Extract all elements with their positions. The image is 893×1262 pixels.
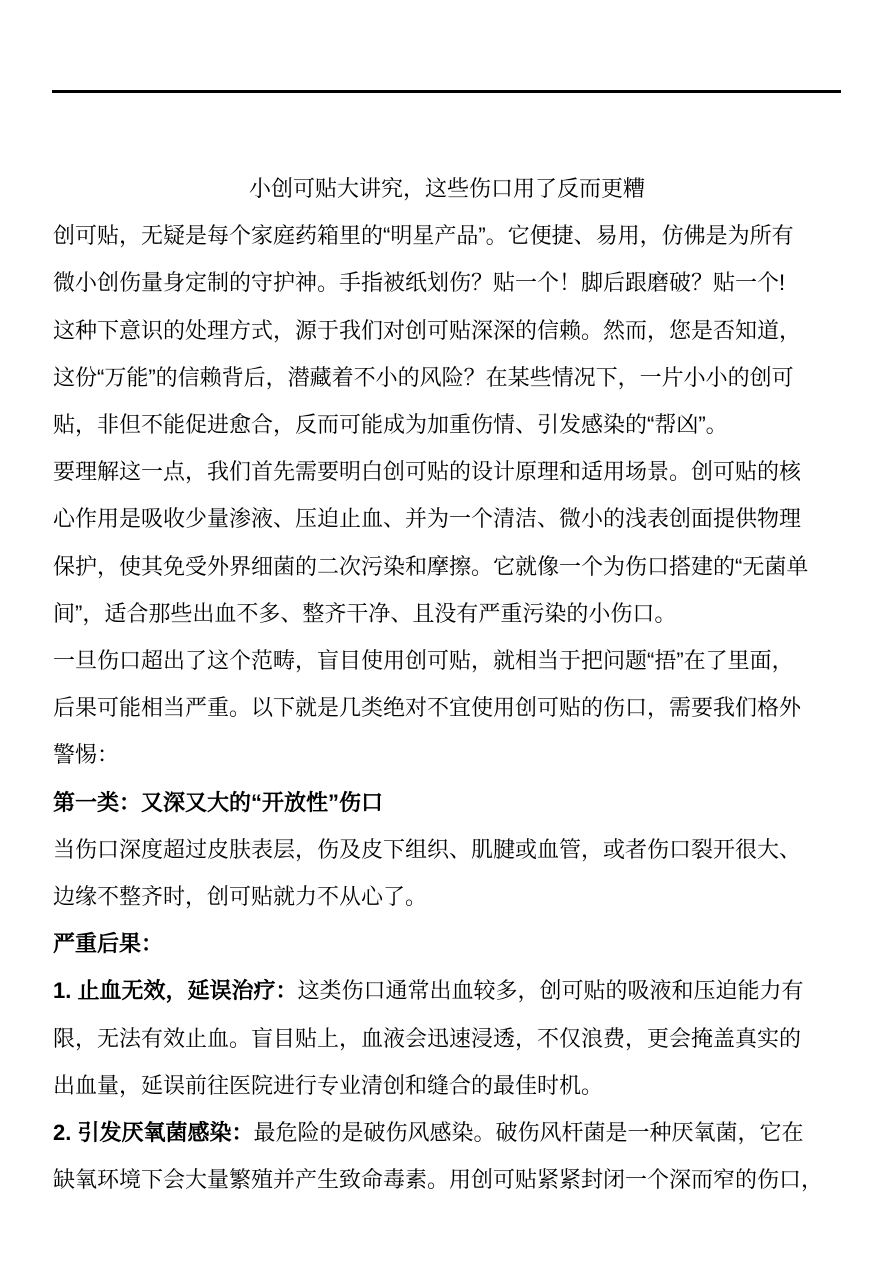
document-page: 小创可贴大讲究，这些伤口用了反而更糟 创可贴，无疑是每个家庭药箱里的“明星产品”… bbox=[0, 0, 893, 1262]
text-line: 一旦伤口超出了这个范畴，盲目使用创可贴，就相当于把问题“捂”在了里面， bbox=[53, 637, 841, 684]
text-line: 保护，使其免受外界细菌的二次污染和摩擦。它就像一个为伤口搭建的“无菌单 bbox=[53, 543, 841, 590]
text-line: 边缘不整齐时，创可贴就力不从心了。 bbox=[53, 873, 841, 920]
document-title: 小创可贴大讲究，这些伤口用了反而更糟 bbox=[53, 165, 841, 212]
text-line: 贴，非但不能促进愈合，反而可能成为加重伤情、引发感染的“帮凶”。 bbox=[53, 401, 841, 448]
text-segment: 警惕： bbox=[53, 742, 119, 767]
text-segment: 边缘不整齐时，创可贴就力不从心了。 bbox=[53, 884, 427, 909]
text-line: 1. 止血无效，延误治疗：这类伤口通常出血较多，创可贴的吸液和压迫能力有 bbox=[53, 967, 841, 1014]
text-line: 这份“万能”的信赖背后，潜藏着不小的风险？在某些情况下，一片小小的创可 bbox=[53, 354, 841, 401]
text-line: 心作用是吸收少量渗液、压迫止血、并为一个清洁、微小的浅表创面提供物理 bbox=[53, 495, 841, 542]
text-segment: 创可贴，无疑是每个家庭药箱里的“明星产品”。它便捷、易用，仿佛是为所有 bbox=[53, 223, 794, 248]
text-line: 当伤口深度超过皮肤表层，伤及皮下组织、肌腱或血管，或者伤口裂开很大、 bbox=[53, 826, 841, 873]
document-body: 创可贴，无疑是每个家庭药箱里的“明星产品”。它便捷、易用，仿佛是为所有微小创伤量… bbox=[53, 212, 841, 1203]
text-line: 间”，适合那些出血不多、整齐干净、且没有严重污染的小伤口。 bbox=[53, 590, 841, 637]
text-segment: 缺氧环境下会大量繁殖并产生致命毒素。用创可贴紧紧封闭一个深而窄的伤口， bbox=[53, 1167, 823, 1192]
bold-text-segment: 1. 止血无效，延误治疗： bbox=[53, 978, 297, 1003]
text-line: 限，无法有效止血。盲目贴上，血液会迅速浸透，不仅浪费，更会掩盖真实的 bbox=[53, 1015, 841, 1062]
text-segment: 要理解这一点，我们首先需要明白创可贴的设计原理和适用场景。创可贴的核 bbox=[53, 459, 801, 484]
text-segment: 间”，适合那些出血不多、整齐干净、且没有严重污染的小伤口。 bbox=[53, 601, 676, 626]
text-segment: 一旦伤口超出了这个范畴，盲目使用创可贴，就相当于把问题“捂”在了里面， bbox=[53, 648, 794, 673]
text-segment: 出血量，延误前往医院进行专业清创和缝合的最佳时机。 bbox=[53, 1073, 603, 1098]
document-content: 小创可贴大讲究，这些伤口用了反而更糟 创可贴，无疑是每个家庭药箱里的“明星产品”… bbox=[53, 165, 841, 1203]
bold-text-segment: 2. 引发厌氧菌感染： bbox=[53, 1120, 253, 1145]
text-segment: 这类伤口通常出血较多，创可贴的吸液和压迫能力有 bbox=[297, 978, 803, 1003]
text-line: 后果可能相当严重。以下就是几类绝对不宜使用创可贴的伤口，需要我们格外 bbox=[53, 684, 841, 731]
text-line: 微小创伤量身定制的守护神。手指被纸划伤？贴一个！脚后跟磨破？贴一个! bbox=[53, 259, 841, 306]
text-segment: 这份“万能”的信赖背后，潜藏着不小的风险？在某些情况下，一片小小的创可 bbox=[53, 365, 794, 390]
bold-text-segment: 严重后果： bbox=[53, 931, 163, 956]
text-segment: 保护，使其免受外界细菌的二次污染和摩擦。它就像一个为伤口搭建的“无菌单 bbox=[53, 554, 808, 579]
text-line: 严重后果： bbox=[53, 920, 841, 967]
text-segment: 微小创伤量身定制的守护神。手指被纸划伤？贴一个！脚后跟磨破？贴一个! bbox=[53, 270, 785, 295]
text-segment: 后果可能相当严重。以下就是几类绝对不宜使用创可贴的伤口，需要我们格外 bbox=[53, 695, 801, 720]
text-line: 这种下意识的处理方式，源于我们对创可贴深深的信赖。然而，您是否知道， bbox=[53, 307, 841, 354]
text-segment: 最危险的是破伤风感染。破伤风杆菌是一种厌氧菌，它在 bbox=[253, 1120, 803, 1145]
header-rule bbox=[52, 90, 841, 93]
text-line: 警惕： bbox=[53, 731, 841, 778]
text-line: 2. 引发厌氧菌感染：最危险的是破伤风感染。破伤风杆菌是一种厌氧菌，它在 bbox=[53, 1109, 841, 1156]
text-segment: 限，无法有效止血。盲目贴上，血液会迅速浸透，不仅浪费，更会掩盖真实的 bbox=[53, 1026, 801, 1051]
text-line: 出血量，延误前往医院进行专业清创和缝合的最佳时机。 bbox=[53, 1062, 841, 1109]
text-line: 缺氧环境下会大量繁殖并产生致命毒素。用创可贴紧紧封闭一个深而窄的伤口， bbox=[53, 1156, 841, 1203]
text-line: 第一类：又深又大的“开放性”伤口 bbox=[53, 779, 841, 826]
text-segment: 当伤口深度超过皮肤表层，伤及皮下组织、肌腱或血管，或者伤口裂开很大、 bbox=[53, 837, 801, 862]
text-segment: 贴，非但不能促进愈合，反而可能成为加重伤情、引发感染的“帮凶”。 bbox=[53, 412, 728, 437]
text-line: 创可贴，无疑是每个家庭药箱里的“明星产品”。它便捷、易用，仿佛是为所有 bbox=[53, 212, 841, 259]
text-segment: 这种下意识的处理方式，源于我们对创可贴深深的信赖。然而，您是否知道， bbox=[53, 318, 801, 343]
text-segment: 心作用是吸收少量渗液、压迫止血、并为一个清洁、微小的浅表创面提供物理 bbox=[53, 506, 801, 531]
bold-text-segment: 第一类：又深又大的“开放性”伤口 bbox=[53, 790, 383, 815]
text-line: 要理解这一点，我们首先需要明白创可贴的设计原理和适用场景。创可贴的核 bbox=[53, 448, 841, 495]
